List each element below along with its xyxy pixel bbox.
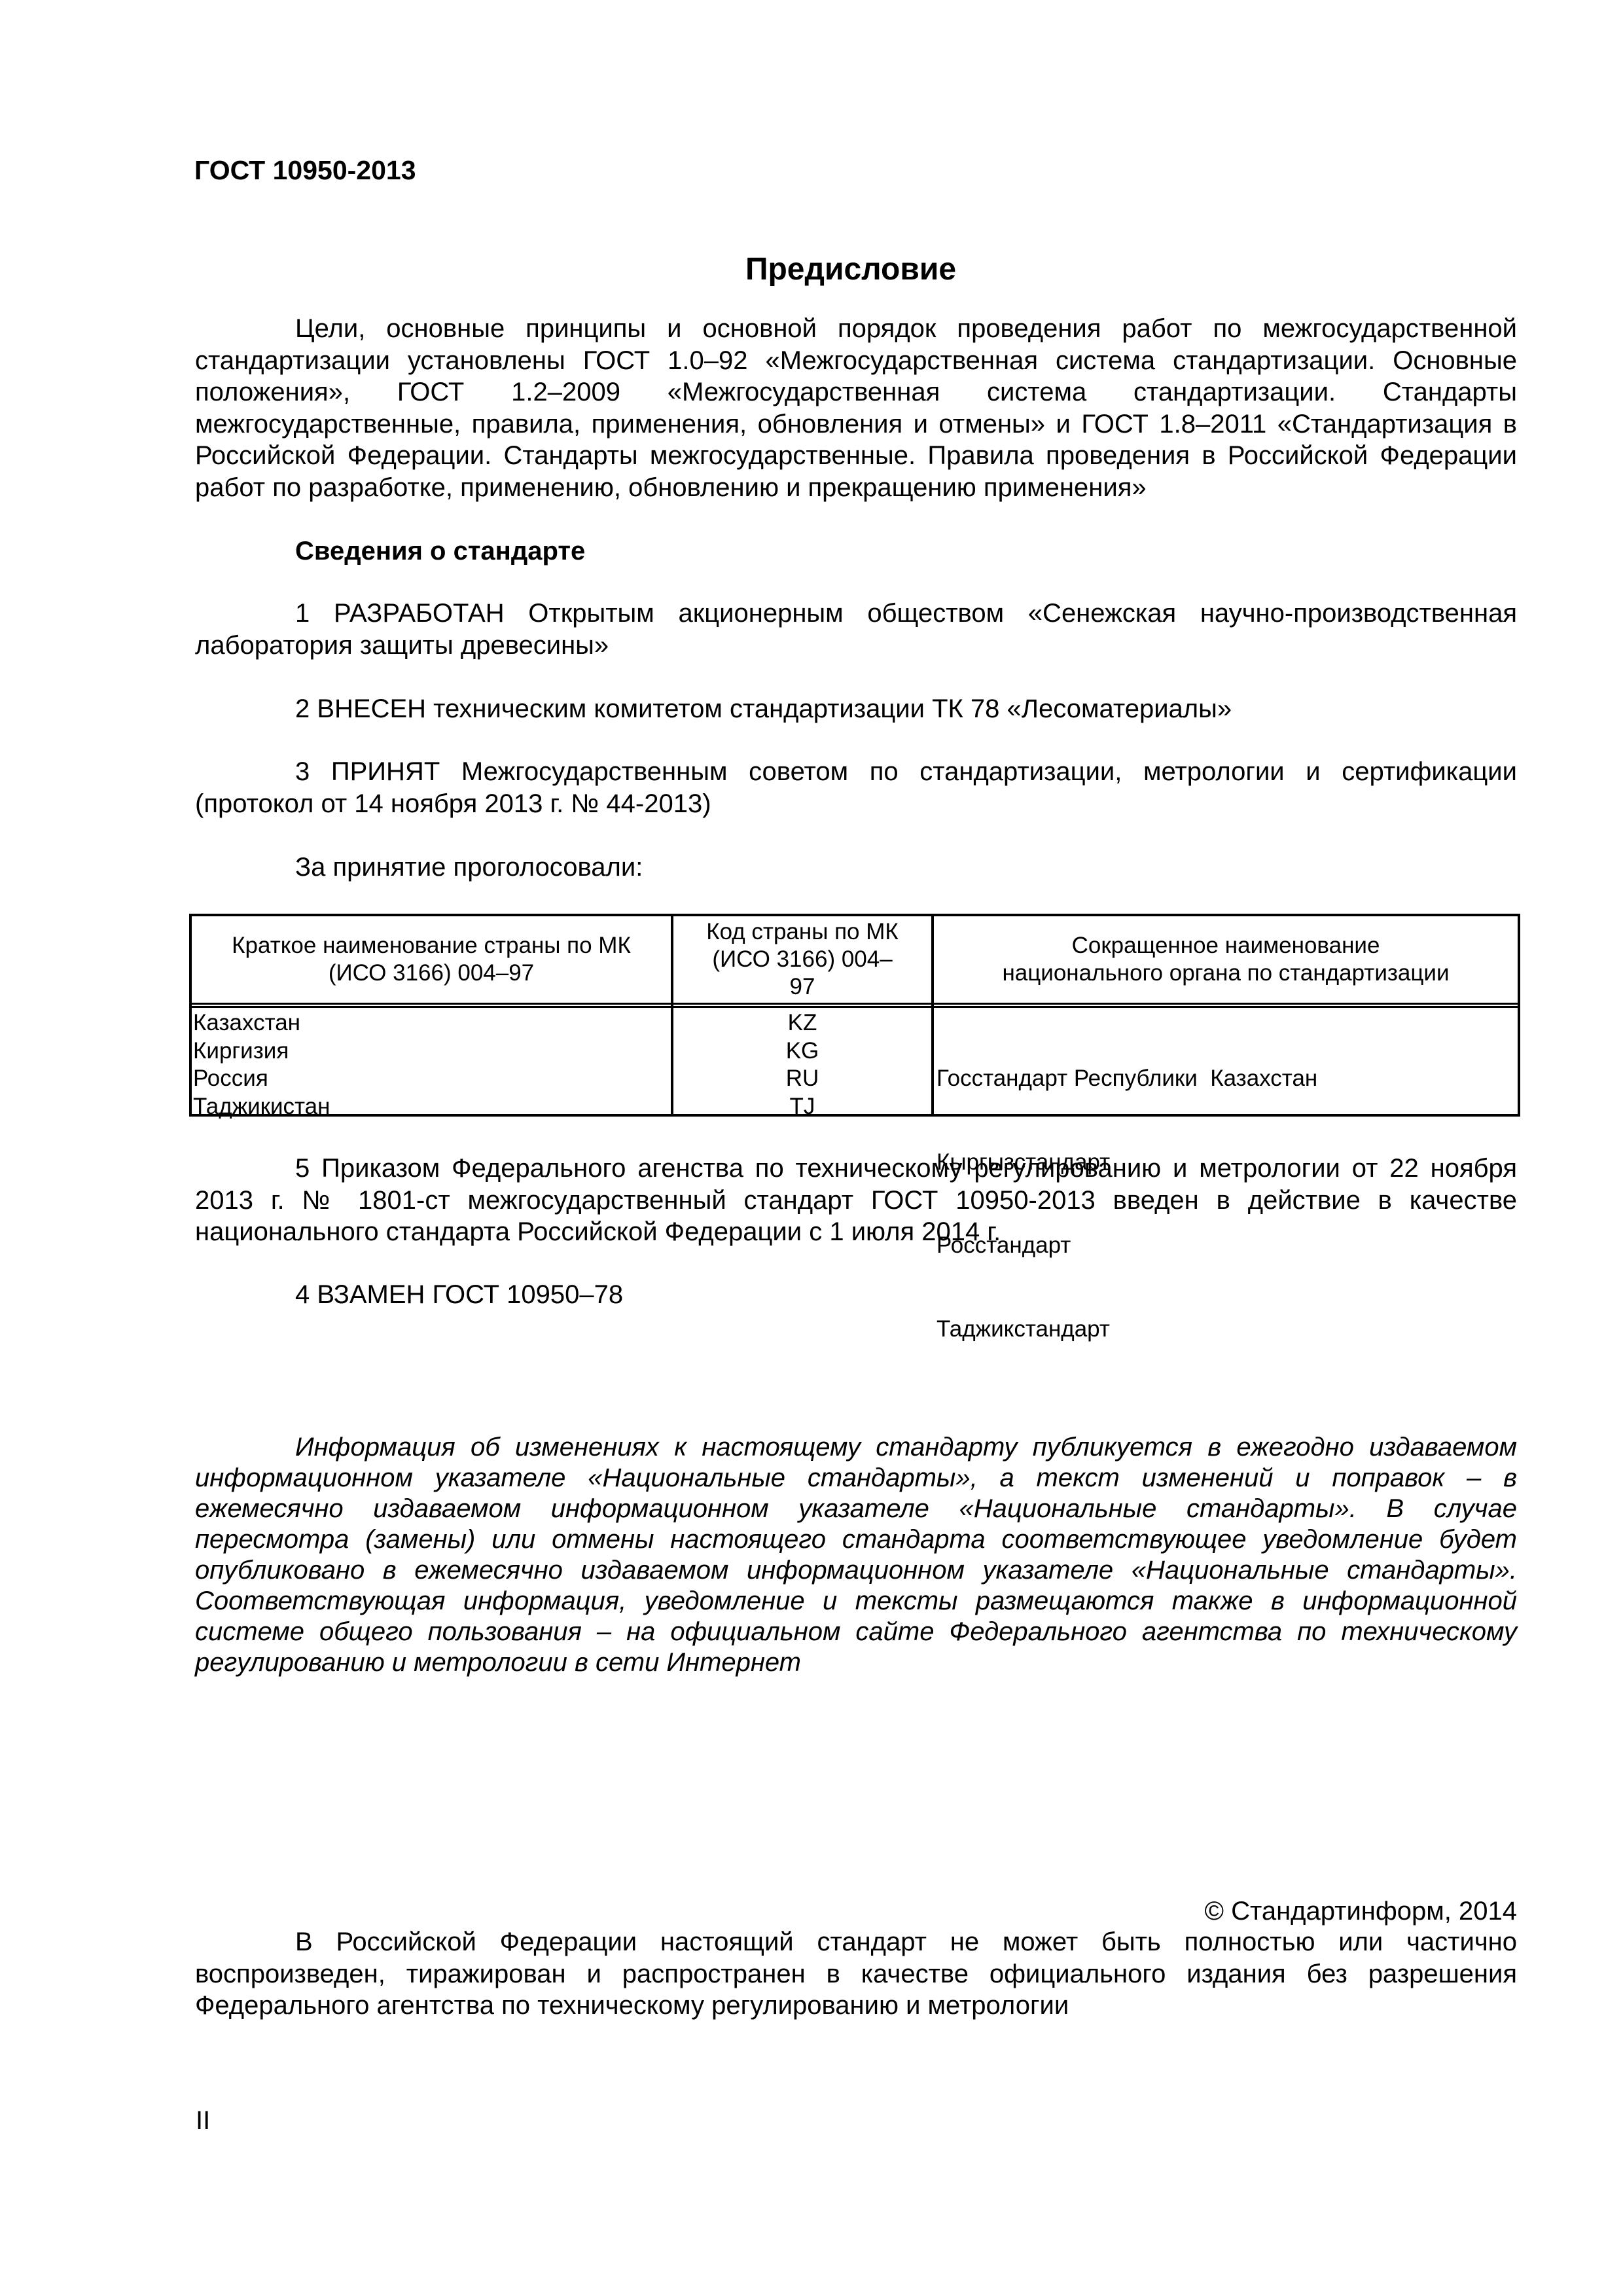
table-cell-code: RU <box>673 1065 931 1093</box>
table-cell-body: Таджикстандарт <box>936 1316 1512 1344</box>
table-header-body: Сокращенное наименование национального о… <box>934 916 1518 1003</box>
table-header-code: Код страны по МК (ИСО 3166) 004–97 <box>673 916 931 1003</box>
table-header-double-line <box>192 1006 1518 1008</box>
info-item-2-text: 2 ВНЕСЕН техническим комитетом стандарти… <box>295 694 1232 723</box>
table-cell-country: Россия <box>193 1065 669 1093</box>
amendments-notice: Информация об изменениях к настоящему ст… <box>195 1432 1517 1678</box>
table-cell-country: Таджикистан <box>193 1093 669 1121</box>
info-item-5-text: 5 Приказом Федерального агенства по техн… <box>195 1154 1517 1246</box>
table-header-country: Краткое наименование страны по МК (ИСО 3… <box>192 916 671 1003</box>
info-item-5: 5 Приказом Федерального агенства по техн… <box>195 1153 1517 1248</box>
copyright-line: © Стандартинформ, 2014 <box>195 1895 1517 1928</box>
info-item-4-text: 4 ВЗАМЕН ГОСТ 10950–78 <box>295 1280 623 1309</box>
voting-table: Краткое наименование страны по МК (ИСО 3… <box>189 914 1520 1117</box>
table-cell-code: KZ <box>673 1009 931 1037</box>
preface-text: Цели, основные принципы и основной поряд… <box>195 314 1517 502</box>
info-item-3-text: 3 ПРИНЯТ Межгосударственным советом по с… <box>195 757 1517 818</box>
voted-label: За принятие проголосовали: <box>195 852 1517 884</box>
page-number: II <box>196 2105 210 2136</box>
info-item-4: 4 ВЗАМЕН ГОСТ 10950–78 <box>195 1279 1517 1311</box>
table-cell-code: TJ <box>673 1093 931 1121</box>
table-cell-body: Госстандарт Республики Казахстан <box>936 1065 1512 1093</box>
info-item-2: 2 ВНЕСЕН техническим комитетом стандарти… <box>195 693 1517 725</box>
preface-paragraph: Цели, основные принципы и основной поряд… <box>195 313 1517 503</box>
table-cell-code: KG <box>673 1037 931 1066</box>
table-column-country: Казахстан Киргизия Россия Таджикистан <box>193 1009 669 1121</box>
info-item-3: 3 ПРИНЯТ Межгосударственным советом по с… <box>195 756 1517 819</box>
amendments-notice-text: Информация об изменениях к настоящему ст… <box>195 1433 1517 1677</box>
table-column-code: KZ KG RU TJ <box>673 1009 931 1121</box>
section-heading-info: Сведения о стандарте <box>295 535 585 567</box>
copyright-notice: В Российской Федерации настоящий стандар… <box>195 1926 1517 2022</box>
table-cell-country: Казахстан <box>193 1009 669 1037</box>
page-title: Предисловие <box>0 251 1623 288</box>
info-item-1-text: 1 РАЗРАБОТАН Открытым акционерным общест… <box>195 599 1517 660</box>
table-cell-country: Киргизия <box>193 1037 669 1066</box>
info-item-1: 1 РАЗРАБОТАН Открытым акционерным общест… <box>195 598 1517 661</box>
voted-label-text: За принятие проголосовали: <box>295 853 643 882</box>
document-code: ГОСТ 10950-2013 <box>194 154 416 186</box>
copyright-notice-text: В Российской Федерации настоящий стандар… <box>195 1928 1517 2020</box>
